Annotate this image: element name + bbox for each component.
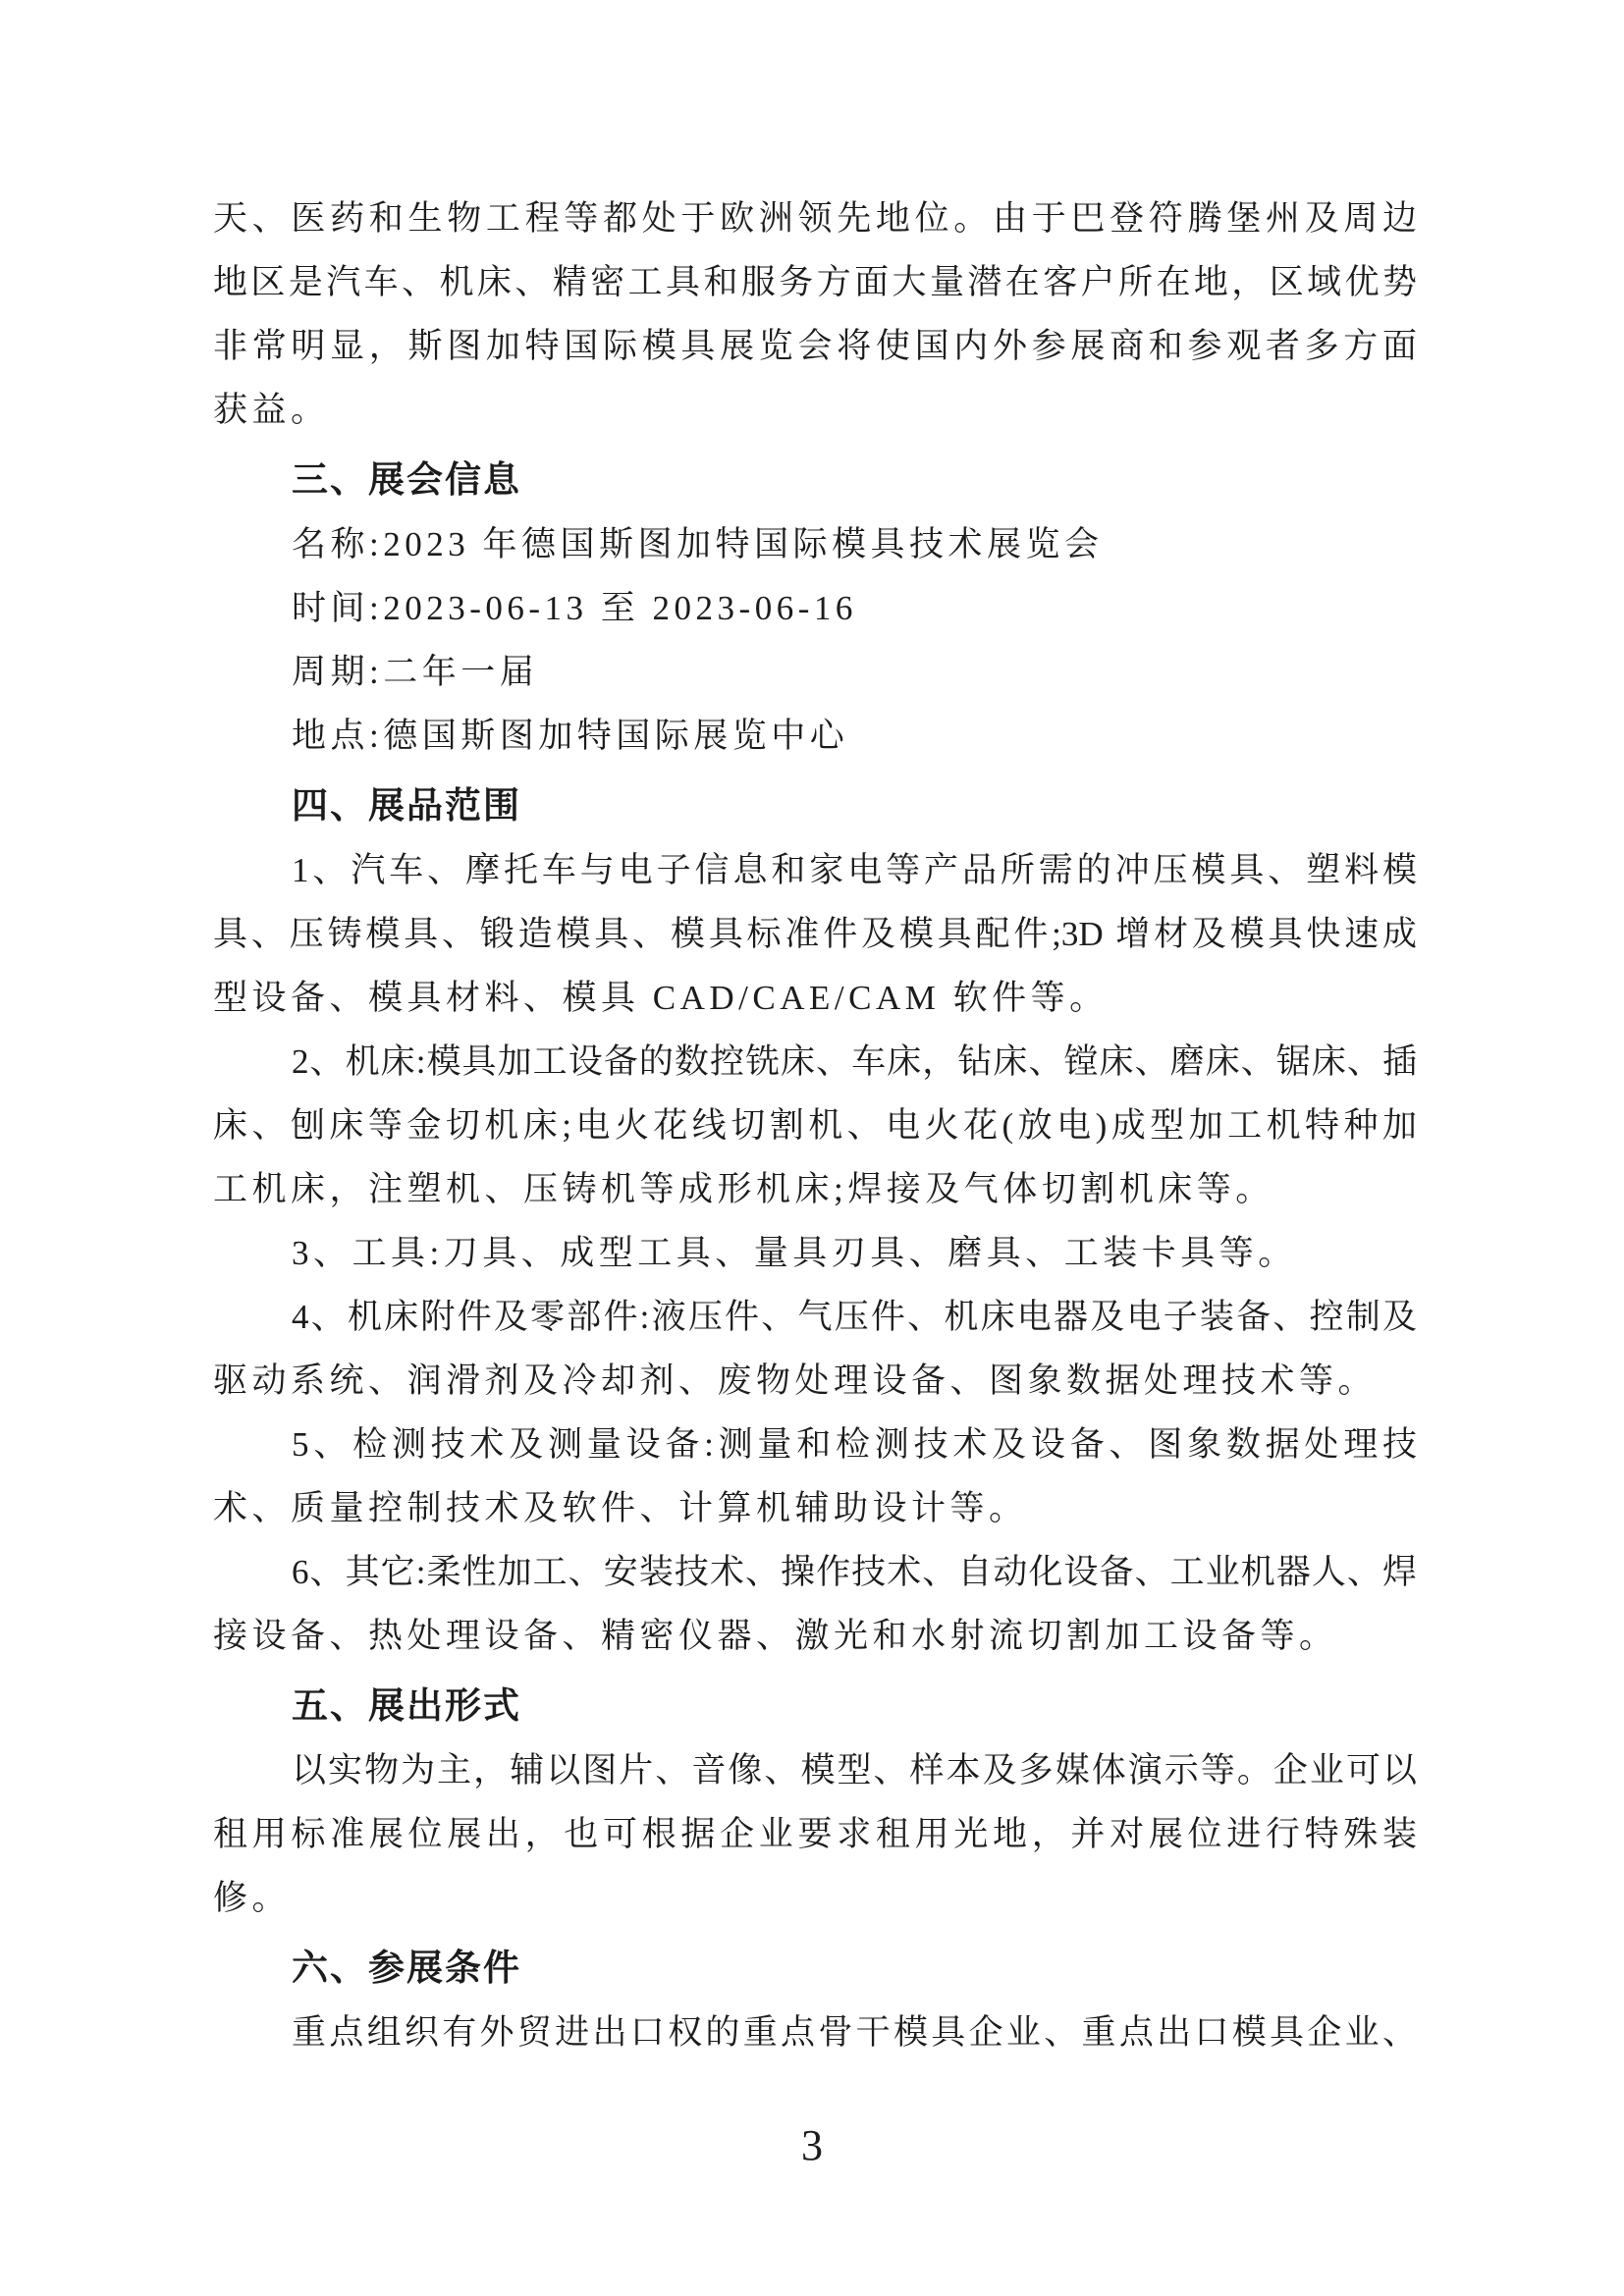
text-line: 地点:德国斯图加特国际展览中心 [213,704,1417,768]
document-page: 天、医药和生物工程等都处于欧洲领先地位。由于巴登符腾堡州及周边地区是汽车、机床、… [0,0,1624,2296]
text-line: 术、质量控制技术及软件、计算机辅助设计等。 [213,1476,1417,1540]
text-line: 5、检测技术及测量设备:测量和检测技术及设备、图象数据处理技 [213,1413,1417,1476]
text-line: 以实物为主，辅以图片、音像、模型、样本及多媒体演示等。企业可以 [213,1738,1417,1802]
text-line: 天、医药和生物工程等都处于欧洲领先地位。由于巴登符腾堡州及周边 [213,187,1417,250]
text-line: 接设备、热处理设备、精密仪器、激光和水射流切割加工设备等。 [213,1604,1417,1668]
text-line: 修。 [213,1866,1417,1930]
text-line: 名称:2023 年德国斯图加特国际模具技术展览会 [213,512,1417,576]
text-line: 非常明显，斯图加特国际模具展览会将使国内外参展商和参观者多方面 [213,314,1417,378]
text-line: 具、压铸模具、锻造模具、模具标准件及模具配件;3D 增材及模具快速成 [213,902,1417,966]
section-heading: 三、展会信息 [213,448,1417,512]
section-heading: 五、展出形式 [213,1674,1417,1738]
document-body: 天、医药和生物工程等都处于欧洲领先地位。由于巴登符腾堡州及周边地区是汽车、机床、… [213,187,1417,2064]
text-line: 型设备、模具材料、模具 CAD/CAE/CAM 软件等。 [213,966,1417,1030]
section-heading: 六、参展条件 [213,1936,1417,2001]
text-line: 4、机床附件及零部件:液压件、气压件、机床电器及电子装备、控制及 [213,1285,1417,1349]
text-line: 周期:二年一届 [213,640,1417,704]
text-line: 驱动系统、润滑剂及冷却剂、废物处理设备、图象数据处理技术等。 [213,1349,1417,1413]
text-line: 床、刨床等金切机床;电火花线切割机、电火花(放电)成型加工机特种加 [213,1094,1417,1157]
text-line: 3、工具:刀具、成型工具、量具刃具、磨具、工装卡具等。 [213,1221,1417,1285]
text-line: 1、汽车、摩托车与电子信息和家电等产品所需的冲压模具、塑料模 [213,838,1417,902]
text-line: 2、机床:模具加工设备的数控铣床、车床，钻床、镗床、磨床、锯床、插 [213,1030,1417,1094]
page-number: 3 [0,2120,1624,2170]
text-line: 6、其它:柔性加工、安装技术、操作技术、自动化设备、工业机器人、焊 [213,1540,1417,1604]
text-line: 重点组织有外贸进出口权的重点骨干模具企业、重点出口模具企业、 [213,2001,1417,2064]
text-line: 工机床，注塑机、压铸机等成形机床;焊接及气体切割机床等。 [213,1157,1417,1221]
text-line: 获益。 [213,378,1417,442]
section-heading: 四、展品范围 [213,774,1417,838]
text-line: 租用标准展位展出，也可根据企业要求租用光地，并对展位进行特殊装 [213,1802,1417,1866]
text-line: 地区是汽车、机床、精密工具和服务方面大量潜在客户所在地，区域优势 [213,250,1417,314]
text-line: 时间:2023-06-13 至 2023-06-16 [213,576,1417,640]
